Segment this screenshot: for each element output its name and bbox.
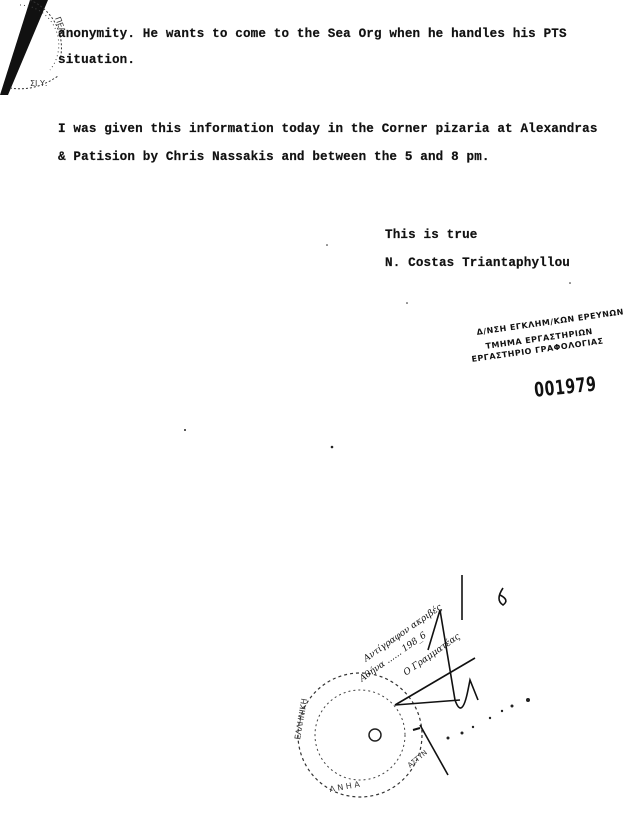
body-line-information: I was given this information today in th… xyxy=(58,122,598,136)
official-seal-icon: ΕΛΛΗΝΙΚΗ Λ Ν Η Α ΑΣΤΥΝ xyxy=(293,673,429,797)
svg-text:ΕΛΛΗΝΙΚΗ: ΕΛΛΗΝΙΚΗ xyxy=(293,698,309,741)
svg-text:ΣΙ Υ.: ΣΙ Υ. xyxy=(30,79,47,88)
body-line-patision: & Patision by Chris Nassakis and between… xyxy=(58,150,490,164)
body-line-situation: situation. xyxy=(58,53,135,67)
svg-text:Λ Ν Η Α: Λ Ν Η Α xyxy=(329,780,361,794)
body-line-anonymity: anonymity. He wants to come to the Sea O… xyxy=(58,27,567,41)
svg-text:ΑΣΤΥΝ: ΑΣΤΥΝ xyxy=(406,749,429,770)
official-seal-partial-icon: ΠΕΑ ΣΙ Υ. xyxy=(0,0,67,95)
closing-statement: This is true xyxy=(385,228,478,242)
signatory-name: N. Costas Triantaphyllou xyxy=(385,256,570,270)
